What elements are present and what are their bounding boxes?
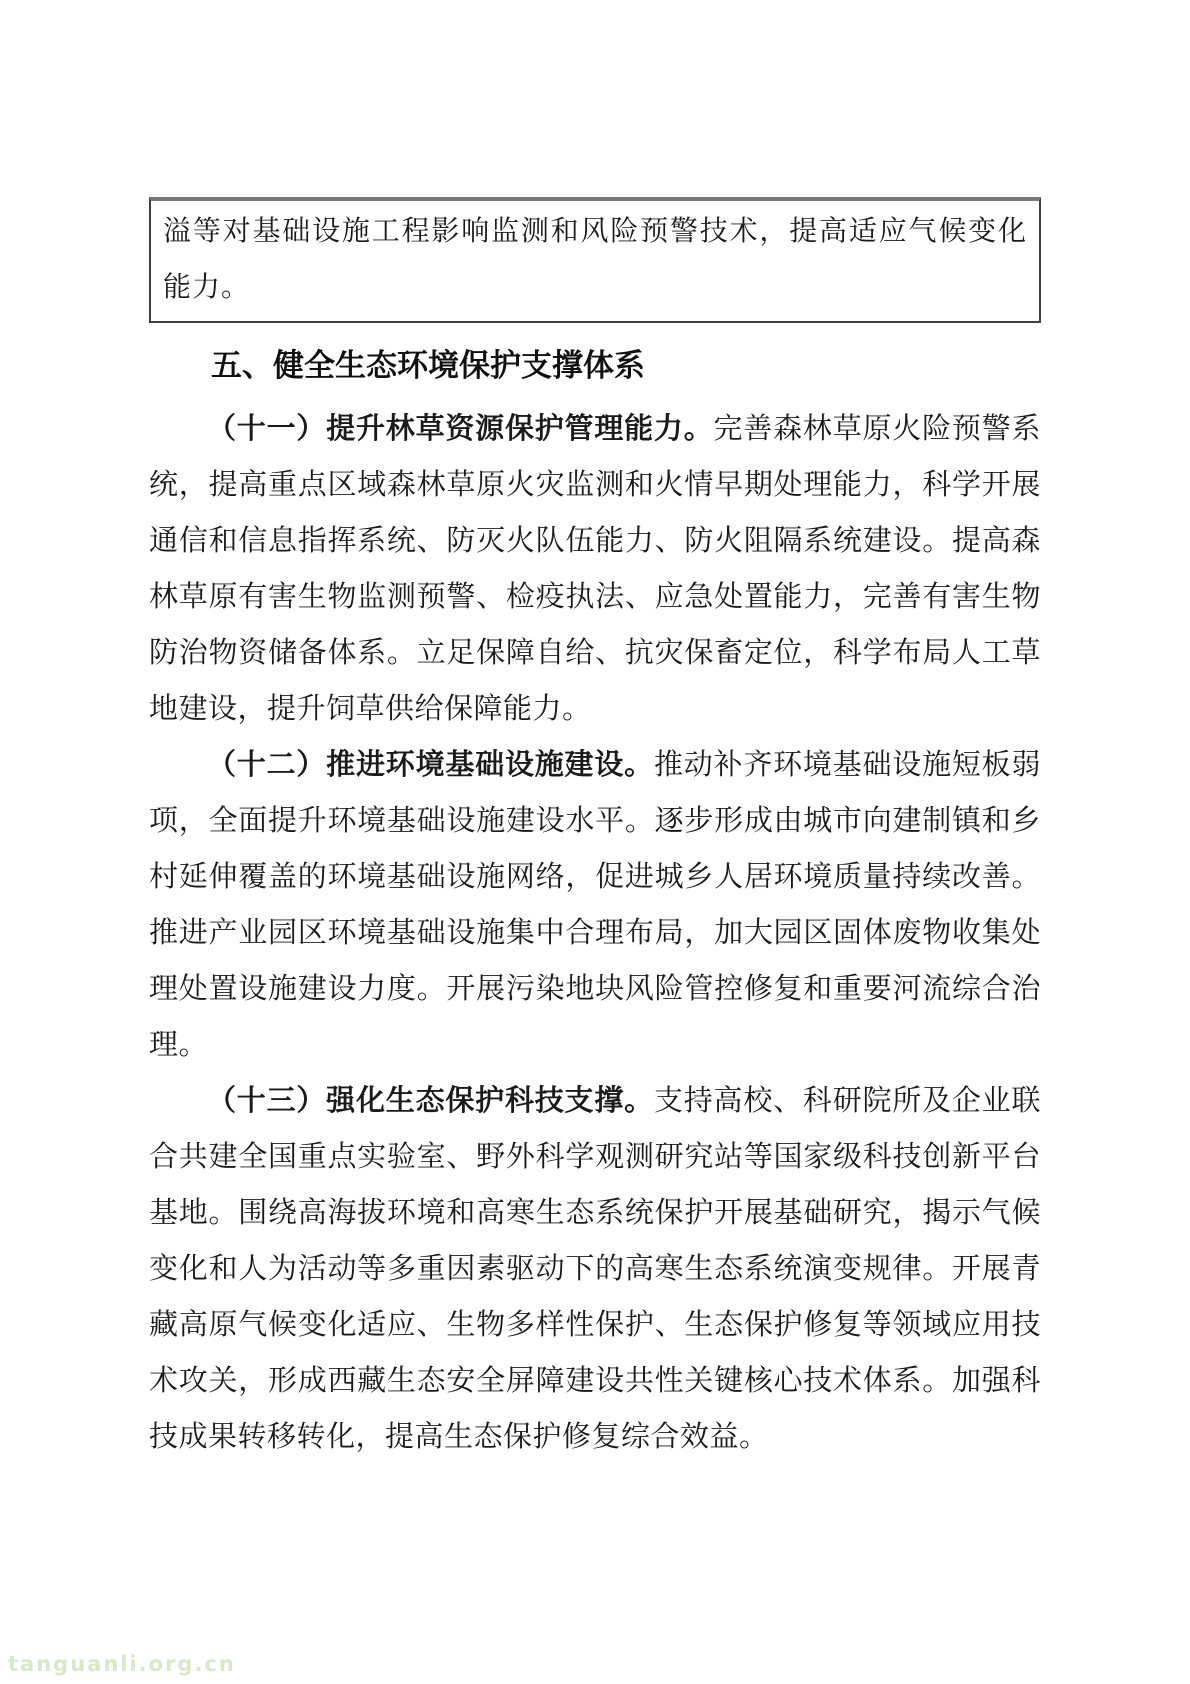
paragraph-12-body: 推动补齐环境基础设施短板弱项，全面提升环境基础设施建设水平。逐步形成由城市向建制… [149,749,1041,1061]
paragraph-item-12: （十二）推进环境基础设施建设。推动补齐环境基础设施短板弱项，全面提升环境基础设施… [149,737,1041,1073]
paragraph-12-lead: （十二）推进环境基础设施建设。 [207,749,654,781]
paragraph-item-13: （十三）强化生态保护科技支撑。支持高校、科研院所及企业联合共建全国重点实验室、野… [149,1073,1041,1465]
paragraph-11-lead: （十一）提升林草资源保护管理能力。 [207,413,714,445]
paragraph-item-11: （十一）提升林草资源保护管理能力。完善森林草原火险预警系统，提高重点区域森林草原… [149,401,1041,737]
document-content: 溢等对基础设施工程影响监测和风险预警技术，提高适应气候变化能力。 五、健全生态环… [149,197,1041,1465]
section-heading: 五、健全生态环境保护支撑体系 [149,345,1041,387]
boxed-paragraph: 溢等对基础设施工程影响监测和风险预警技术，提高适应气候变化能力。 [149,197,1041,323]
watermark: tanguanli.org.cn [8,1652,236,1676]
boxed-paragraph-text: 溢等对基础设施工程影响监测和风险预警技术，提高适应气候变化能力。 [163,204,1027,316]
paragraph-13-lead: （十三）强化生态保护科技支撑。 [207,1085,654,1117]
document-page: 溢等对基础设施工程影响监测和风险预警技术，提高适应气候变化能力。 五、健全生态环… [0,0,1190,1684]
paragraph-11-body: 完善森林草原火险预警系统，提高重点区域森林草原火灾监测和火情早期处理能力，科学开… [149,413,1041,725]
paragraph-13-body: 支持高校、科研院所及企业联合共建全国重点实验室、野外科学观测研究站等国家级科技创… [149,1085,1041,1453]
